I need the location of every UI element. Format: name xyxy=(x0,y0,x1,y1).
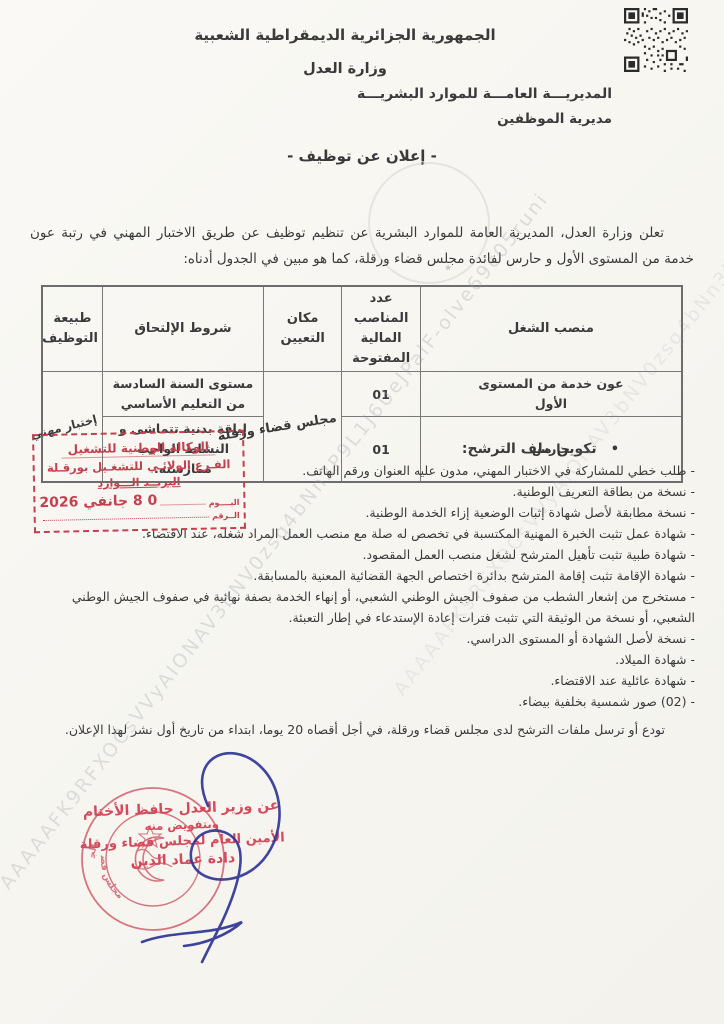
stamp-agency-line: الوكالة الوطنية للتشغيل xyxy=(62,439,215,458)
directorate-line: المديريـــة العامـــة للموارد البشريـــة xyxy=(357,86,612,102)
stamp-date-value: 0 8 جانفي 2026 xyxy=(39,493,157,511)
col-header-location: مكان التعيين xyxy=(263,286,341,372)
header-right: المديريـــة العامـــة للموارد البشريـــة… xyxy=(357,86,612,127)
bullet-icon: • xyxy=(611,442,619,457)
qr-code xyxy=(624,8,688,72)
scanned-document-page: AAAAAFK9RFXOCsVVyAIONAV3bNV0zsg4bNn3P9L1… xyxy=(0,0,724,1024)
dossier-item: - شهادة طبية تثبت تأهيل المترشح لشغل منص… xyxy=(28,544,695,565)
staff-directorate-line: مديرية الموظفين xyxy=(357,111,612,127)
stamp-number-label: الــرقم xyxy=(212,511,240,521)
stamp-day-label: اليــــوم xyxy=(209,498,240,508)
dossier-item: - شهادة عائلية عند الاقتضاء. xyxy=(28,670,695,691)
dossier-item: - (02) صور شمسية بخلفية بيضاء. xyxy=(28,691,695,712)
dotted-leader xyxy=(160,504,205,506)
ministry-line: وزارة العدل xyxy=(105,61,585,77)
stamp-branch-line: الفـرع الولائـي للتشغـيل بورقـلة xyxy=(39,457,239,475)
cell-count-1: 01 xyxy=(342,372,420,417)
announcement-title: - إعلان عن توظيف - xyxy=(0,147,724,165)
table-row: عون خدمة من المستوى الأول 01 مجلس قضاء و… xyxy=(42,372,682,417)
dossier-title-text: تكوين ملف الترشح: xyxy=(462,441,597,457)
dossier-item: - شهادة الإقامة تثبت إقامة المترشح بدائر… xyxy=(28,565,695,586)
col-header-conditions: شروط الإلتحاق xyxy=(102,286,263,372)
dossier-item: - شهادة الميلاد. xyxy=(28,649,695,670)
table-header-row: منصب الشغل عدد المناصب المالية المفتوحة … xyxy=(42,286,682,372)
conditions-1-label: مستوى السنة السادسة من التعليم الأساسي xyxy=(107,374,259,414)
cell-conditions-1: مستوى السنة السادسة من التعليم الأساسي xyxy=(102,372,263,417)
intro-paragraph: تعلن وزارة العدل، المديرية العامة للموار… xyxy=(30,220,694,272)
stamp-incoming-mail-line: البريــد الـــوارد xyxy=(39,474,239,491)
dotted-leader xyxy=(43,517,209,521)
col-header-nature: طبيعة التوظيف xyxy=(42,286,102,372)
signature xyxy=(112,744,322,974)
republic-line: الجمهورية الجزائرية الديمقراطية الشعبية xyxy=(105,26,585,44)
dossier-item: - مستخرج من إشعار الشطب من صفوف الجيش ال… xyxy=(28,586,695,628)
registry-entry-stamp: الوكالة الوطنية للتشغيل الفـرع الولائـي … xyxy=(32,430,246,533)
dossier-item: - نسخة لأصل الشهادة أو المستوى الدراسي. xyxy=(28,628,695,649)
col-header-count: عدد المناصب المالية المفتوحة xyxy=(342,286,420,372)
cell-post-1: عون خدمة من المستوى الأول xyxy=(420,372,682,417)
post-1-label: عون خدمة من المستوى الأول xyxy=(471,374,631,414)
header-center: الجمهورية الجزائرية الديمقراطية الشعبية … xyxy=(105,26,585,77)
col-header-post: منصب الشغل xyxy=(420,286,682,372)
closing-paragraph: تودع أو ترسل ملفات الترشح لدى مجلس قضاء … xyxy=(28,718,695,742)
